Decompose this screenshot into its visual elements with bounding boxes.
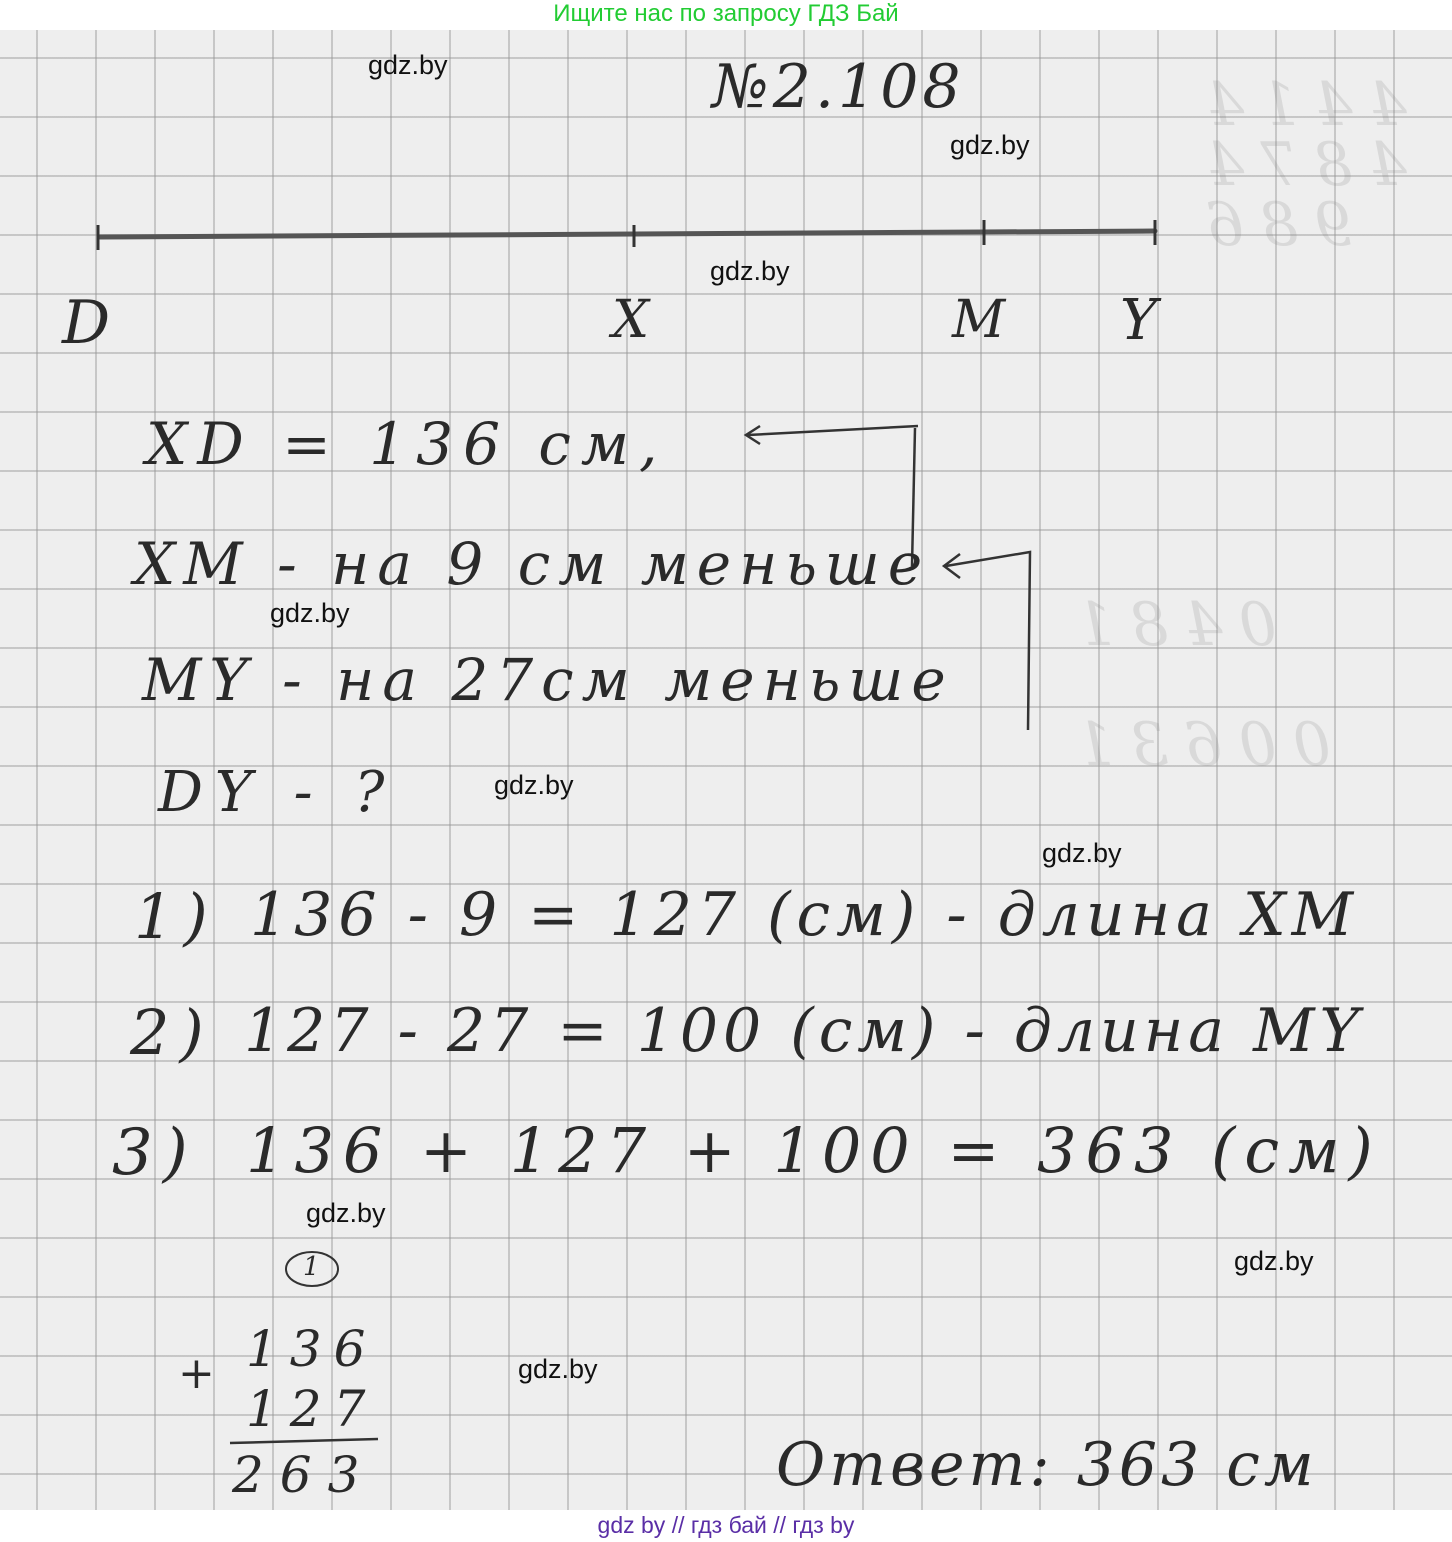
watermark: gdz.by bbox=[710, 256, 790, 287]
given-line: MY - на 27см меньше bbox=[142, 646, 954, 714]
carry-digit: 1 bbox=[303, 1252, 320, 1282]
point-label-x: X bbox=[612, 290, 659, 350]
watermark: gdz.by bbox=[368, 50, 448, 81]
watermark: gdz.by bbox=[1234, 1246, 1314, 1277]
given-line: XM - на 9 см меньше bbox=[134, 530, 930, 598]
given-line: XD = 136 см, bbox=[146, 410, 667, 478]
problem-number: №2.108 bbox=[712, 52, 965, 122]
addition-operator: + bbox=[178, 1348, 225, 1399]
solution-step-label: 1) bbox=[134, 880, 218, 953]
solution-step-label: 2) bbox=[130, 996, 214, 1069]
solution-step: 136 + 127 + 100 = 363 (см) bbox=[246, 1114, 1382, 1187]
addend-2: 127 bbox=[246, 1380, 377, 1438]
point-label-d: D bbox=[62, 288, 120, 358]
top-banner[interactable]: Ищите нас по запросу ГДЗ Бай bbox=[0, 0, 1452, 30]
answer: Ответ: 363 см bbox=[776, 1430, 1318, 1500]
watermark: gdz.by bbox=[518, 1354, 598, 1385]
solution-step: 127 - 27 = 100 (см) - длина MY bbox=[244, 996, 1364, 1066]
given-line: DY - ? bbox=[158, 760, 396, 825]
point-label-y: Y bbox=[1120, 288, 1167, 353]
point-label-m: M bbox=[952, 290, 1015, 350]
watermark: gdz.by bbox=[950, 130, 1030, 161]
watermark: gdz.by bbox=[494, 770, 574, 801]
watermark: gdz.by bbox=[270, 598, 350, 629]
addition-result: 263 bbox=[232, 1446, 375, 1504]
bottom-banner[interactable]: gdz by // гдз бай // гдз by bbox=[0, 1510, 1452, 1542]
solution-step-label: 3) bbox=[112, 1116, 198, 1190]
solution-step: 136 - 9 = 127 (см) - длина XM bbox=[250, 880, 1359, 950]
watermark: gdz.by bbox=[1042, 838, 1122, 869]
notebook-page: 4414 4874 986 0481 00631 №2.108 D X M Y … bbox=[0, 30, 1452, 1510]
watermark: gdz.by bbox=[306, 1198, 386, 1229]
addend-1: 136 bbox=[246, 1320, 377, 1378]
